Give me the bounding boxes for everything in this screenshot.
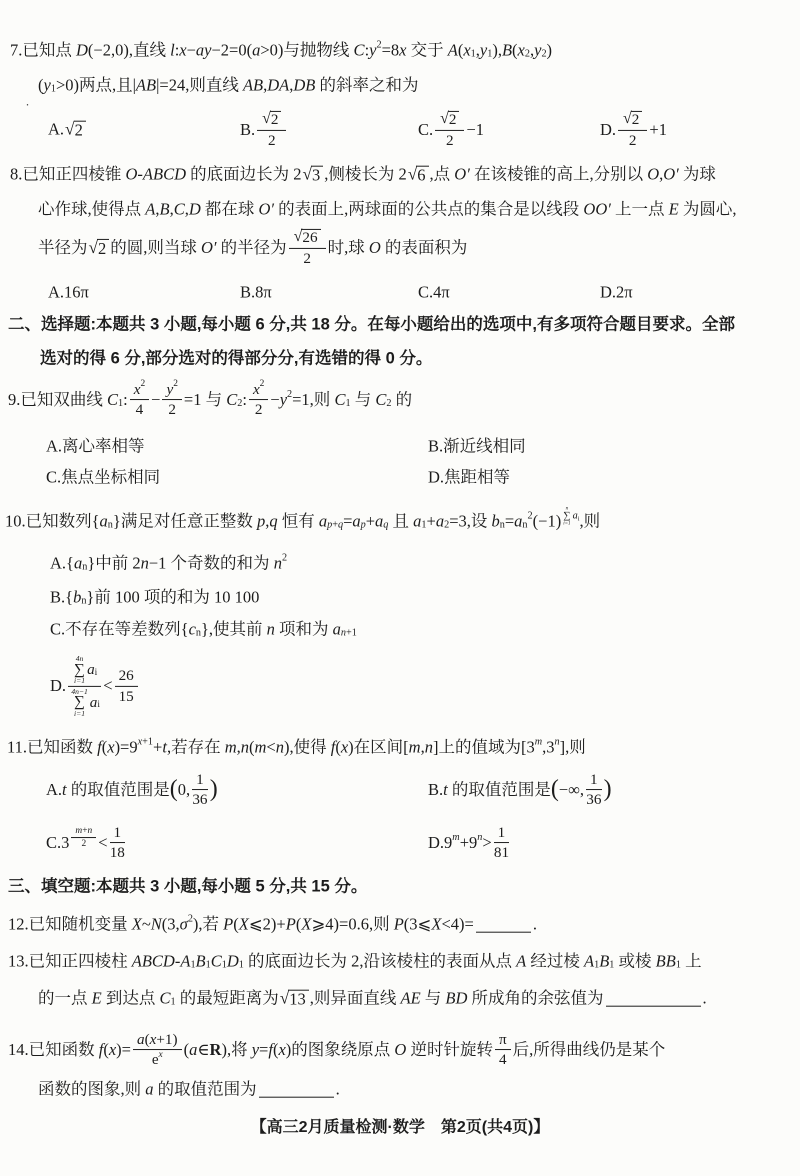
q7-option-a: A.√2 (48, 120, 87, 141)
section-2-header-line-1: 二、选择题:本题共 3 小题,每小题 6 分,共 18 分。在每小题给出的选项中… (8, 315, 735, 336)
q13-line-2: 的一点 E 到达点 C1 的最短距离为√13,则异面直线 AE 与 BD 所成角… (38, 989, 707, 1010)
q11-option-c: C.3m+n2<118 (46, 824, 127, 862)
q7-option-b: B.√22 (240, 111, 288, 149)
section-2-header-line-2: 选对的得 6 分,部分选对的得部分分,有选错的得 0 分。 (40, 349, 432, 370)
q10-line-1: 10.已知数列{an}满足对任意正整数 p,q 恒有 ap+q=ap+aq 且 … (5, 512, 600, 533)
q12-line-1: 12.已知随机变量 X~N(3,σ2),若 P(X⩽2)+P(X⩾4)=0.6,… (8, 915, 537, 936)
q9-option-c: C.焦点坐标相同 (46, 468, 160, 489)
q9-line-1: 9.已知双曲线 C1:x24−y22=1 与 C2:x22−y2=1,则 C1 … (8, 381, 412, 419)
q7-option-c: C.√22−1 (418, 111, 484, 149)
q8-option-b: B.8π (240, 283, 272, 304)
q11-option-b: B.t 的取值范围是(−∞,136) (428, 771, 612, 809)
q11-line-1: 11.已知函数 f(x)=9x+1+t,若存在 m,n(m<n),使得 f(x)… (7, 738, 586, 759)
stray-mark: . (26, 95, 29, 110)
q7-line-1: 7.已知点 D(−2,0),直线 l:x−ay−2=0(a>0)与抛物线 C:y… (10, 41, 552, 62)
q11-option-a: A.t 的取值范围是(0,136) (46, 771, 218, 809)
q11-option-d: D.9m+9n>181 (428, 824, 511, 862)
q8-option-d: D.2π (600, 283, 633, 304)
exam-page: 7.已知点 D(−2,0),直线 l:x−ay−2=0(a>0)与抛物线 C:y… (0, 0, 800, 1176)
q10-option-b: B.{bn}前 100 项的和为 10 100 (50, 588, 259, 609)
q9-option-d: D.焦距相等 (428, 468, 510, 489)
q9-option-a: A.离心率相等 (46, 437, 145, 458)
q10-option-d: D.4n∑i=1ai4n−1∑i=1ai<2615 (50, 655, 140, 717)
q8-option-a: A.16π (48, 283, 89, 304)
section-3-header: 三、填空题:本题共 3 小题,每小题 5 分,共 15 分。 (8, 877, 367, 898)
page-footer: 【高三2月质量检测·数学 第2页(共4页)】 (251, 1118, 550, 1138)
q9-option-b: B.渐近线相同 (428, 437, 526, 458)
q8-line-3: 半径为√2的圆,则当球 O′ 的半径为√262时,球 O 的表面积为 (38, 229, 467, 267)
q10-option-a: A.{an}中前 2n−1 个奇数的和为 n2 (50, 554, 287, 575)
q8-option-c: C.4π (418, 283, 450, 304)
q10-option-c: C.不存在等差数列{cn},使其前 n 项和为 an+1 (50, 620, 357, 641)
q14-line-1: 14.已知函数 f(x)=a(x+1)ex(a∈R),将 y=f(x)的图象绕原… (8, 1031, 665, 1069)
q13-line-1: 13.已知正四棱柱 ABCD-A1B1C1D1 的底面边长为 2,沿该棱柱的表面… (8, 952, 702, 973)
q14-line-2: 函数的图象,则 a 的取值范围为. (38, 1080, 340, 1101)
q8-line-1: 8.已知正四棱锥 O-ABCD 的底面边长为 2√3,侧棱长为 2√6,点 O′… (10, 165, 716, 186)
q7-option-d: D.√22+1 (600, 111, 667, 149)
q8-line-2: 心作球,使得点 A,B,C,D 都在球 O′ 的表面上,两球面的公共点的集合是以… (38, 200, 736, 221)
q7-line-2: (y1>0)两点,且|AB|=24,则直线 AB,DA,DB 的斜率之和为 (38, 76, 419, 97)
